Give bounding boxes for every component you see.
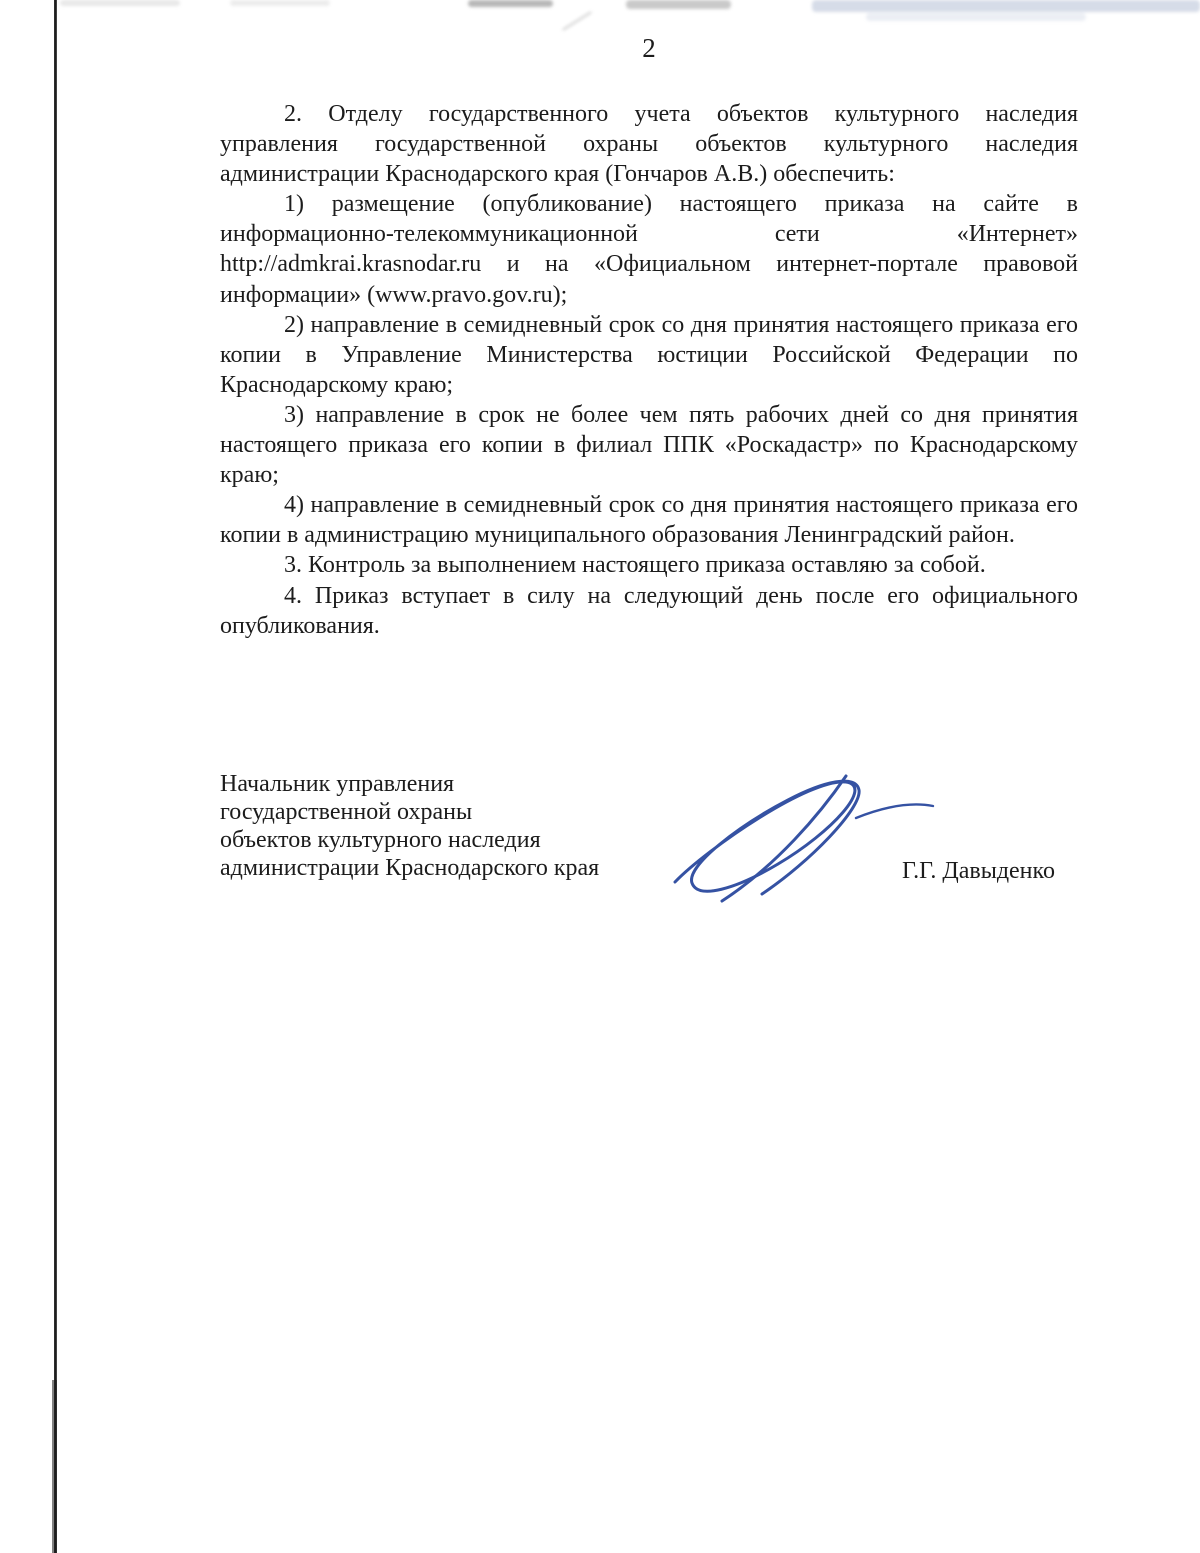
scan-artifact [468, 0, 553, 7]
signatory-title-line: государственной охраны [220, 798, 1078, 826]
scan-artifact [866, 13, 1086, 21]
order-paragraph: 2) направление в семидневный срок со дня… [220, 310, 1078, 400]
order-paragraph: 4. Приказ вступает в силу на следующий д… [220, 581, 1078, 641]
signatory-name: Г.Г. Давыденко [902, 858, 1055, 885]
order-body: 2. Отделу государственного учета объекто… [220, 99, 1078, 641]
signatory-title-line: объектов культурного наследия [220, 826, 1078, 854]
signature-block: Начальник управления государственной охр… [220, 770, 1078, 882]
signatory-title-line: Начальник управления [220, 770, 1078, 798]
order-paragraph: 1) размещение (опубликование) настоящего… [220, 189, 1078, 309]
order-paragraph: 3) направление в срок не более чем пять … [220, 400, 1078, 490]
order-paragraph: 3. Контроль за выполнением настоящего пр… [220, 550, 1078, 580]
scan-artifact [562, 11, 592, 31]
left-scan-line-foot [52, 1380, 57, 1553]
scan-artifact [60, 0, 180, 6]
handwritten-signature-ink [660, 770, 938, 908]
order-paragraph: 2. Отделу государственного учета объекто… [220, 99, 1078, 189]
scan-artifact [626, 0, 731, 9]
order-paragraph: 4) направление в семидневный срок со дня… [220, 490, 1078, 550]
left-scan-line [54, 0, 57, 1553]
scan-artifact [230, 0, 330, 6]
page-number: 2 [220, 33, 1078, 64]
scan-artifact [812, 0, 1200, 12]
document-page: 2 2. Отделу государственного учета объек… [0, 0, 1200, 1553]
